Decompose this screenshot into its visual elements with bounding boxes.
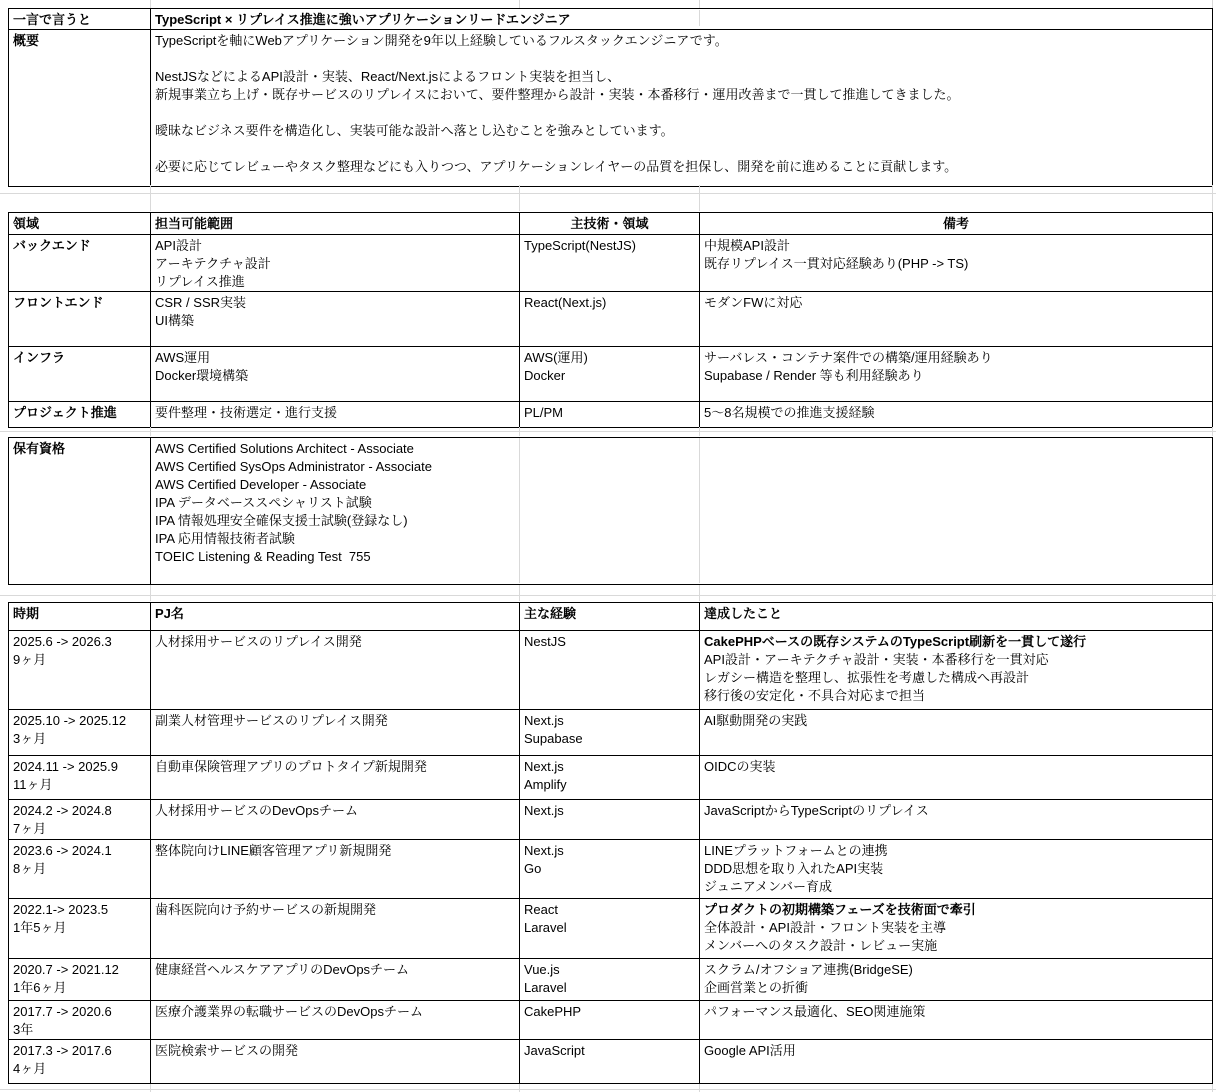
skills-table-cell-4-3: 5〜8名規模での推進支援経験 (700, 402, 1213, 428)
text-line: プロダクトの初期構築フェーズを技術面で牽引 (704, 901, 1208, 919)
text-line: インフラ (13, 349, 146, 367)
gridline (0, 1089, 1216, 1090)
text-line: API設計 (155, 237, 515, 255)
skills-table-cell-4-2: PL/PM (520, 402, 700, 428)
text-line: AWS(運用) (524, 349, 695, 367)
projects-table-cell-5-1: 整体院向けLINE顧客管理アプリ新規開発 (151, 840, 520, 899)
text-line: JavaScriptからTypeScriptのリプレイス (704, 802, 1208, 820)
text-line: 5〜8名規模での推進支援経験 (704, 404, 1208, 422)
projects-table-cell-7-0: 2020.7 -> 2021.121年6ヶ月 (9, 959, 151, 1001)
text-line: 備考 (704, 215, 1208, 233)
text-line: Next.js (524, 842, 695, 860)
text-line: モダンFWに対応 (704, 294, 1208, 312)
gridline (1212, 185, 1213, 211)
text-line: バックエンド (13, 237, 146, 255)
text-line: CakePHP (524, 1003, 695, 1021)
text-line: 2024.11 -> 2025.9 (13, 758, 146, 776)
projects-table-cell-3-2: Next.jsAmplify (520, 756, 700, 800)
summary-table-row-0: 一言で言うとTypeScript × リプレイス推進に強いアプリケーションリード… (9, 9, 1213, 30)
text-line: AI駆動開発の実践 (704, 712, 1208, 730)
text-line: 4ヶ月 (13, 1060, 146, 1078)
gridline (1212, 0, 1213, 8)
text-line: React (524, 901, 695, 919)
header-main-experience: 主な経験 (520, 603, 700, 631)
gridline (1212, 585, 1213, 601)
text-line: 達成したこと (704, 605, 1208, 623)
header-domain: 領域 (9, 213, 151, 235)
text-line: スクラム/オフショア連携(BridgeSE) (704, 961, 1208, 979)
projects-table-row-4: 2024.2 -> 2024.87ヶ月人材採用サービスのDevOpsチームNex… (9, 800, 1213, 840)
text-line: IPA データベーススペシャリスト試験 (155, 494, 1208, 512)
text-line: 2025.6 -> 2026.3 (13, 633, 146, 651)
text-line (155, 50, 1208, 68)
projects-table-cell-9-0: 2017.3 -> 2017.64ヶ月 (9, 1040, 151, 1084)
projects-table-cell-2-1: 副業人材管理サービスのリプレイス開発 (151, 710, 520, 756)
certifications-label: 保有資格 (9, 438, 151, 585)
text-line: 7ヶ月 (13, 820, 146, 838)
header-main-tech: 主技術・領域 (520, 213, 700, 235)
projects-table-row-9: 2017.3 -> 2017.64ヶ月医院検索サービスの開発JavaScript… (9, 1040, 1213, 1084)
projects-table-cell-4-3: JavaScriptからTypeScriptのリプレイス (700, 800, 1213, 840)
text-line: PJ名 (155, 605, 515, 623)
projects-table-row-1: 2025.6 -> 2026.39ヶ月人材採用サービスのリプレイス開発NestJ… (9, 631, 1213, 710)
text-line: TypeScript(NestJS) (524, 237, 695, 255)
skills-table-cell-3-2: AWS(運用)Docker (520, 347, 700, 402)
skills-table-cell-2-3: モダンFWに対応 (700, 292, 1213, 347)
text-line: NestJS (524, 633, 695, 651)
skills-table-cell-2-2: React(Next.js) (520, 292, 700, 347)
gridline (0, 431, 1216, 432)
text-line: 人材採用サービスのリプレイス開発 (155, 633, 515, 651)
text-line: ジュニアメンバー育成 (704, 878, 1208, 896)
projects-table-row-8: 2017.7 -> 2020.63年医療介護業界の転職サービスのDevOpsチー… (9, 1001, 1213, 1040)
header-notes: 備考 (700, 213, 1213, 235)
projects-table-cell-4-2: Next.js (520, 800, 700, 840)
projects-table-cell-7-3: スクラム/オフショア連携(BridgeSE)企画営業との折衝 (700, 959, 1213, 1001)
text-line: 2022.1-> 2023.5 (13, 901, 146, 919)
text-line: 3ヶ月 (13, 730, 146, 748)
gridline (699, 0, 700, 8)
text-line: 概要 (13, 32, 146, 50)
skills-table-row-4: プロジェクト推進要件整理・技術選定・進行支援PL/PM5〜8名規模での推進支援経… (9, 402, 1213, 428)
projects-table-cell-3-1: 自動車保険管理アプリのプロトタイプ新規開発 (151, 756, 520, 800)
text-line: Go (524, 860, 695, 878)
skills-table-row-0: 領域担当可能範囲主技術・領域備考 (9, 213, 1213, 235)
text-line: OIDCの実装 (704, 758, 1208, 776)
text-line: 11ヶ月 (13, 776, 146, 794)
resume-sheet: 一言で言うとTypeScript × リプレイス推進に強いアプリケーションリード… (0, 0, 1216, 1092)
text-line: Amplify (524, 776, 695, 794)
text-line: 主技術・領域 (524, 215, 695, 233)
projects-table-cell-9-1: 医院検索サービスの開発 (151, 1040, 520, 1084)
projects-table-cell-6-0: 2022.1-> 2023.51年5ヶ月 (9, 899, 151, 959)
text-line: 整体院向けLINE顧客管理アプリ新規開発 (155, 842, 515, 860)
summary-table-row-1: 概要TypeScriptを軸にWebアプリケーション開発を9年以上経験しているフ… (9, 30, 1213, 187)
certifications-list: AWS Certified Solutions Architect - Asso… (151, 438, 1213, 585)
header-project-name: PJ名 (151, 603, 520, 631)
projects-table-cell-8-0: 2017.7 -> 2020.63年 (9, 1001, 151, 1040)
projects-table-cell-1-1: 人材採用サービスのリプレイス開発 (151, 631, 520, 710)
gridline (519, 1084, 520, 1092)
projects-table-cell-2-3: AI駆動開発の実践 (700, 710, 1213, 756)
text-line: CSR / SSR実装 (155, 294, 515, 312)
gridline (519, 185, 520, 211)
text-line: TypeScriptを軸にWebアプリケーション開発を9年以上経験しているフルス… (155, 32, 1208, 50)
projects-table: 時期PJ名主な経験達成したこと2025.6 -> 2026.39ヶ月人材採用サー… (8, 602, 1213, 1084)
projects-table-cell-5-0: 2023.6 -> 2024.18ヶ月 (9, 840, 151, 899)
text-line: API設計・アーキテクチャ設計・実装・本番移行を一貫対応 (704, 651, 1208, 669)
text-line: 歯科医院向け予約サービスの新規開発 (155, 901, 515, 919)
text-line: 既存リプレイス一貫対応経験あり(PHP -> TS) (704, 255, 1208, 273)
text-line: 時期 (13, 605, 146, 623)
text-line: 健康経営ヘルスケアアプリのDevOpsチーム (155, 961, 515, 979)
projects-table-cell-4-1: 人材採用サービスのDevOpsチーム (151, 800, 520, 840)
one-liner-value: TypeScript × リプレイス推進に強いアプリケーションリードエンジニア (151, 9, 1213, 30)
text-line: 企画営業との折衝 (704, 979, 1208, 997)
projects-table-cell-5-2: Next.jsGo (520, 840, 700, 899)
overview-label: 概要 (9, 30, 151, 187)
text-line: 全体設計・API設計・フロント実装を主導 (704, 919, 1208, 937)
text-line: AWS Certified Solutions Architect - Asso… (155, 440, 1208, 458)
skills-table-row-3: インフラAWS運用Docker環境構築AWS(運用)Dockerサーバレス・コン… (9, 347, 1213, 402)
text-line: 新規事業立ち上げ・既存サービスのリプレイスにおいて、要件整理から設計・実装・本番… (155, 86, 1208, 104)
text-line (155, 104, 1208, 122)
gridline (519, 585, 520, 601)
text-line: リプレイス推進 (155, 273, 515, 291)
projects-table-cell-1-2: NestJS (520, 631, 700, 710)
projects-table-cell-7-1: 健康経営ヘルスケアアプリのDevOpsチーム (151, 959, 520, 1001)
text-line: AWS Certified SysOps Administrator - Ass… (155, 458, 1208, 476)
text-line: Supabase / Render 等も利用経験あり (704, 367, 1208, 385)
text-line: Vue.js (524, 961, 695, 979)
text-line: 医療介護業界の転職サービスのDevOpsチーム (155, 1003, 515, 1021)
skills-table-cell-1-2: TypeScript(NestJS) (520, 235, 700, 292)
text-line: TypeScript × リプレイス推進に強いアプリケーションリードエンジニア (155, 11, 1208, 29)
text-line: Google API活用 (704, 1042, 1208, 1060)
text-line: 副業人材管理サービスのリプレイス開発 (155, 712, 515, 730)
skills-table-cell-3-0: インフラ (9, 347, 151, 402)
projects-table-row-5: 2023.6 -> 2024.18ヶ月整体院向けLINE顧客管理アプリ新規開発N… (9, 840, 1213, 899)
projects-table-cell-8-1: 医療介護業界の転職サービスのDevOpsチーム (151, 1001, 520, 1040)
projects-table-row-2: 2025.10 -> 2025.123ヶ月副業人材管理サービスのリプレイス開発N… (9, 710, 1213, 756)
skills-table-cell-1-3: 中規模API設計既存リプレイス一貫対応経験あり(PHP -> TS) (700, 235, 1213, 292)
text-line: AWS Certified Developer - Associate (155, 476, 1208, 494)
header-scope: 担当可能範囲 (151, 213, 520, 235)
skills-table-cell-4-1: 要件整理・技術選定・進行支援 (151, 402, 520, 428)
projects-table-row-6: 2022.1-> 2023.51年5ヶ月歯科医院向け予約サービスの新規開発Rea… (9, 899, 1213, 959)
text-line: 1年6ヶ月 (13, 979, 146, 997)
text-line: アーキテクチャ設計 (155, 255, 515, 273)
text-line: 保有資格 (13, 440, 146, 458)
skills-table-row-1: バックエンドAPI設計アーキテクチャ設計リプレイス推進TypeScript(Ne… (9, 235, 1213, 292)
skills-table-cell-4-0: プロジェクト推進 (9, 402, 151, 428)
text-line: パフォーマンス最適化、SEO関連施策 (704, 1003, 1208, 1021)
header-period: 時期 (9, 603, 151, 631)
gridline (699, 438, 700, 583)
projects-table-cell-5-3: LINEプラットフォームとの連携DDD思想を取り入れたAPI実装ジュニアメンバー… (700, 840, 1213, 899)
text-line: 人材採用サービスのDevOpsチーム (155, 802, 515, 820)
text-line: NestJSなどによるAPI設計・実装、React/Next.jsによるフロント… (155, 68, 1208, 86)
text-line: UI構築 (155, 312, 515, 330)
text-line: 一言で言うと (13, 11, 146, 29)
text-line: 領域 (13, 215, 146, 233)
skills-table-cell-1-0: バックエンド (9, 235, 151, 292)
skills-table-cell-3-3: サーバレス・コンテナ案件での構築/運用経験ありSupabase / Render… (700, 347, 1213, 402)
text-line: 自動車保険管理アプリのプロトタイプ新規開発 (155, 758, 515, 776)
projects-table-row-0: 時期PJ名主な経験達成したこと (9, 603, 1213, 631)
text-line: LINEプラットフォームとの連携 (704, 842, 1208, 860)
overview-value: TypeScriptを軸にWebアプリケーション開発を9年以上経験しているフルス… (151, 30, 1213, 187)
gridline (699, 1084, 700, 1092)
text-line: Next.js (524, 802, 695, 820)
text-line: 主な経験 (524, 605, 695, 623)
text-line: 中規模API設計 (704, 237, 1208, 255)
projects-table-cell-9-2: JavaScript (520, 1040, 700, 1084)
projects-table-cell-8-3: パフォーマンス最適化、SEO関連施策 (700, 1001, 1213, 1040)
gridline (150, 185, 151, 211)
certifications-table: 保有資格AWS Certified Solutions Architect - … (8, 437, 1213, 585)
text-line: 2025.10 -> 2025.12 (13, 712, 146, 730)
projects-table-cell-2-0: 2025.10 -> 2025.123ヶ月 (9, 710, 151, 756)
text-line: JavaScript (524, 1042, 695, 1060)
projects-table-cell-9-3: Google API活用 (700, 1040, 1213, 1084)
text-line: 要件整理・技術選定・進行支援 (155, 404, 515, 422)
text-line: 1年5ヶ月 (13, 919, 146, 937)
text-line: Docker (524, 367, 695, 385)
one-liner-label: 一言で言うと (9, 9, 151, 30)
projects-table-cell-4-0: 2024.2 -> 2024.87ヶ月 (9, 800, 151, 840)
gridline (699, 10, 700, 26)
text-line: 9ヶ月 (13, 651, 146, 669)
skills-table-cell-1-1: API設計アーキテクチャ設計リプレイス推進 (151, 235, 520, 292)
projects-table-cell-6-2: ReactLaravel (520, 899, 700, 959)
projects-table-row-7: 2020.7 -> 2021.121年6ヶ月健康経営ヘルスケアアプリのDevOp… (9, 959, 1213, 1001)
text-line: 2023.6 -> 2024.1 (13, 842, 146, 860)
gridline (1212, 1084, 1213, 1092)
gridline (699, 585, 700, 601)
text-line: TOEIC Listening & Reading Test 755 (155, 548, 1208, 566)
projects-table-cell-6-1: 歯科医院向け予約サービスの新規開発 (151, 899, 520, 959)
certifications-table-row-0: 保有資格AWS Certified Solutions Architect - … (9, 438, 1213, 585)
text-line: 8ヶ月 (13, 860, 146, 878)
text-line: フロントエンド (13, 294, 146, 312)
gridline (150, 0, 151, 8)
text-line: Next.js (524, 758, 695, 776)
text-line: 必要に応じてレビューやタスク整理などにも入りつつ、アプリケーションレイヤーの品質… (155, 158, 1208, 176)
gridline (150, 585, 151, 601)
summary-table: 一言で言うとTypeScript × リプレイス推進に強いアプリケーションリード… (8, 8, 1213, 187)
projects-table-cell-6-3: プロダクトの初期構築フェーズを技術面で牽引全体設計・API設計・フロント実装を主… (700, 899, 1213, 959)
text-line: 移行後の安定化・不具合対応まで担当 (704, 687, 1208, 705)
text-line: 2017.7 -> 2020.6 (13, 1003, 146, 1021)
text-line: 曖昧なビジネス要件を構造化し、実装可能な設計へ落とし込むことを強みとしています。 (155, 122, 1208, 140)
projects-table-cell-1-0: 2025.6 -> 2026.39ヶ月 (9, 631, 151, 710)
gridline (0, 193, 1216, 194)
gridline (0, 595, 1216, 596)
text-line: Laravel (524, 919, 695, 937)
gridline (519, 438, 520, 583)
text-line (155, 140, 1208, 158)
projects-table-cell-3-0: 2024.11 -> 2025.911ヶ月 (9, 756, 151, 800)
text-line: Docker環境構築 (155, 367, 515, 385)
text-line: IPA 応用情報技術者試験 (155, 530, 1208, 548)
text-line: 2017.3 -> 2017.6 (13, 1042, 146, 1060)
text-line: DDD思想を取り入れたAPI実装 (704, 860, 1208, 878)
projects-table-cell-7-2: Vue.jsLaravel (520, 959, 700, 1001)
skills-table-cell-2-1: CSR / SSR実装UI構築 (151, 292, 520, 347)
gridline (519, 0, 520, 8)
projects-table-row-3: 2024.11 -> 2025.911ヶ月自動車保険管理アプリのプロトタイプ新規… (9, 756, 1213, 800)
skills-table-cell-2-0: フロントエンド (9, 292, 151, 347)
skills-table-row-2: フロントエンドCSR / SSR実装UI構築React(Next.js)モダンF… (9, 292, 1213, 347)
gridline (150, 1084, 151, 1092)
projects-table-cell-3-3: OIDCの実装 (700, 756, 1213, 800)
text-line: PL/PM (524, 404, 695, 422)
text-line: メンバーへのタスク設計・レビュー実施 (704, 937, 1208, 955)
text-line: レガシー構造を整理し、拡張性を考慮した構成へ再設計 (704, 669, 1208, 687)
text-line: 2024.2 -> 2024.8 (13, 802, 146, 820)
projects-table-cell-8-2: CakePHP (520, 1001, 700, 1040)
text-line: 医院検索サービスの開発 (155, 1042, 515, 1060)
text-line: Laravel (524, 979, 695, 997)
text-line: CakePHPベースの既存システムのTypeScript刷新を一貫して遂行 (704, 633, 1208, 651)
text-line: プロジェクト推進 (13, 404, 146, 422)
text-line: 3年 (13, 1021, 146, 1039)
text-line: AWS運用 (155, 349, 515, 367)
text-line: IPA 情報処理安全確保支援士試験(登録なし) (155, 512, 1208, 530)
projects-table-cell-2-2: Next.jsSupabase (520, 710, 700, 756)
projects-table-cell-1-3: CakePHPベースの既存システムのTypeScript刷新を一貫して遂行API… (700, 631, 1213, 710)
header-achievements: 達成したこと (700, 603, 1213, 631)
text-line: React(Next.js) (524, 294, 695, 312)
text-line: サーバレス・コンテナ案件での構築/運用経験あり (704, 349, 1208, 367)
skills-table: 領域担当可能範囲主技術・領域備考バックエンドAPI設計アーキテクチャ設計リプレイ… (8, 212, 1213, 428)
text-line: 担当可能範囲 (155, 215, 515, 233)
text-line: Supabase (524, 730, 695, 748)
text-line: Next.js (524, 712, 695, 730)
skills-table-cell-3-1: AWS運用Docker環境構築 (151, 347, 520, 402)
gridline (699, 185, 700, 211)
text-line: 2020.7 -> 2021.12 (13, 961, 146, 979)
